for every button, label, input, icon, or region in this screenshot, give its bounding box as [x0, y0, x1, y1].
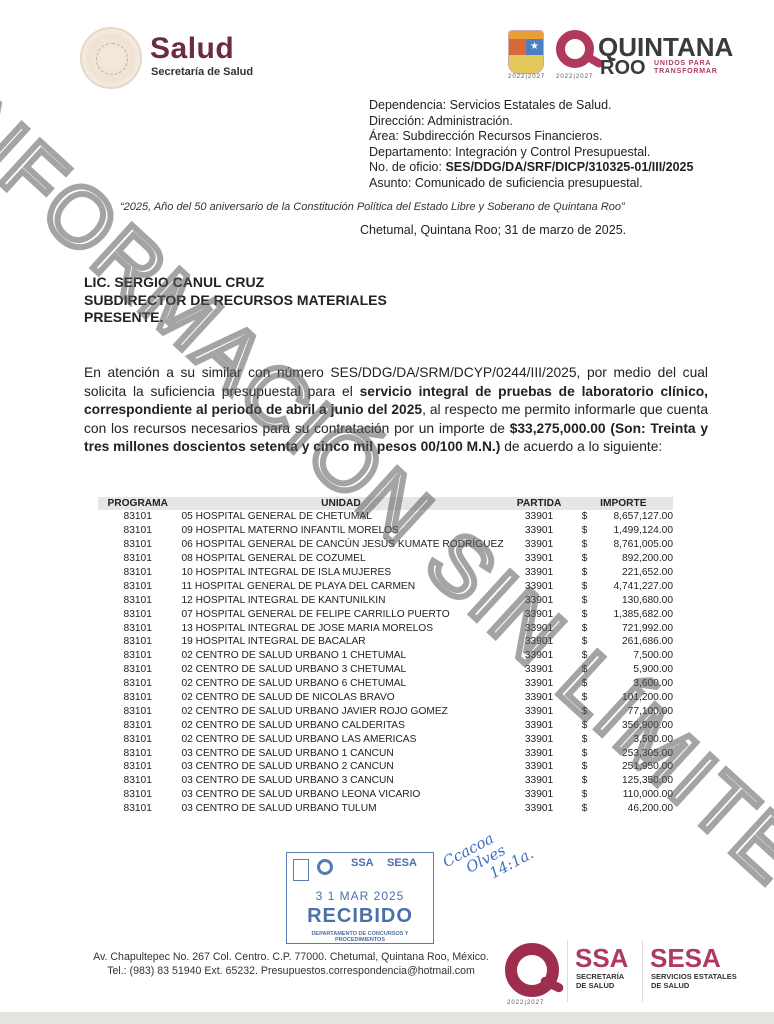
cell-programa: 83101 [98, 732, 177, 746]
footer-ssa-logo: SSA [575, 945, 628, 971]
table-row: 8310110 HOSPITAL INTEGRAL DE ISLA MUJERE… [98, 566, 673, 580]
oficio-number: SES/DDG/DA/SRF/DICP/310325-01/III/2025 [445, 160, 693, 174]
cell-partida: 33901 [504, 566, 573, 580]
header-unidad: UNIDAD [177, 497, 504, 510]
cell-partida: 33901 [504, 635, 573, 649]
cell-currency: $ [574, 566, 594, 580]
mexico-seal-logo [80, 27, 142, 89]
table-row: 8310105 HOSPITAL GENERAL DE CHETUMAL3390… [98, 510, 673, 524]
cell-importe: 8,657,127.00 [594, 510, 673, 524]
budget-table: PROGRAMA UNIDAD PARTIDA IMPORTE 8310105 … [98, 497, 673, 816]
cell-currency: $ [574, 774, 594, 788]
cell-programa: 83101 [98, 704, 177, 718]
cell-currency: $ [574, 649, 594, 663]
salud-logo-subtitle: Secretaría de Salud [151, 66, 253, 78]
table-row: 8310119 HOSPITAL INTEGRAL DE BACALAR3390… [98, 635, 673, 649]
cell-currency: $ [574, 788, 594, 802]
roo-brand-text: ROO [600, 58, 646, 78]
meta-dependencia: Dependencia: Servicios Estatales de Salu… [369, 98, 693, 114]
stamp-department: DEPARTAMENTO DE CONCURSOS Y PROCEDIMIENT… [287, 931, 433, 943]
cell-unidad: 09 HOSPITAL MATERNO INFANTIL MORELOS [177, 524, 504, 538]
cell-unidad: 02 CENTRO DE SALUD URBANO LAS AMERICAS [177, 732, 504, 746]
cell-importe: 261,686.00 [594, 635, 673, 649]
cell-programa: 83101 [98, 788, 177, 802]
meta-area: Área: Subdirección Recursos Financieros. [369, 129, 693, 145]
cell-unidad: 02 CENTRO DE SALUD URBANO 1 CHETUMAL [177, 649, 504, 663]
cell-programa: 83101 [98, 552, 177, 566]
cell-partida: 33901 [504, 621, 573, 635]
table-row: 8310102 CENTRO DE SALUD URBANO 1 CHETUMA… [98, 649, 673, 663]
cell-programa: 83101 [98, 760, 177, 774]
stamp-date: 3 1 MAR 2025 [287, 889, 433, 903]
table-row: 8310102 CENTRO DE SALUD URBANO 6 CHETUMA… [98, 677, 673, 691]
meta-direccion: Dirección: Administración. [369, 114, 693, 130]
cell-programa: 83101 [98, 718, 177, 732]
cell-importe: 8,761,005.00 [594, 538, 673, 552]
cell-programa: 83101 [98, 510, 177, 524]
table-row: 8310103 CENTRO DE SALUD URBANO 1 CANCUN3… [98, 746, 673, 760]
table-row: 8310112 HOSPITAL INTEGRAL DE KANTUNILKIN… [98, 593, 673, 607]
cell-partida: 33901 [504, 691, 573, 705]
cell-partida: 33901 [504, 788, 573, 802]
stamp-sesa: SESA [387, 857, 417, 869]
cell-importe: 110,000.00 [594, 788, 673, 802]
cell-programa: 83101 [98, 621, 177, 635]
cell-importe: 7,500.00 [594, 649, 673, 663]
cell-currency: $ [574, 635, 594, 649]
footer-divider [642, 940, 643, 1002]
brand-year: 2022|2027 [556, 74, 593, 80]
table-row: 8310113 HOSPITAL INTEGRAL DE JOSE MARIA … [98, 621, 673, 635]
cell-programa: 83101 [98, 774, 177, 788]
footer-sesa-subtitle: SERVICIOS ESTATALES DE SALUD [651, 972, 737, 990]
cell-programa: 83101 [98, 607, 177, 621]
cell-unidad: 02 CENTRO DE SALUD URBANO CALDERITAS [177, 718, 504, 732]
cell-unidad: 12 HOSPITAL INTEGRAL DE KANTUNILKIN [177, 593, 504, 607]
place-date: Chetumal, Quintana Roo; 31 de marzo de 2… [360, 223, 626, 237]
coat-year: 2022|2027 [508, 74, 545, 80]
meta-oficio: No. de oficio: SES/DDG/DA/SRF/DICP/31032… [369, 160, 693, 176]
table-row: 8310102 CENTRO DE SALUD URBANO CALDERITA… [98, 718, 673, 732]
cell-currency: $ [574, 552, 594, 566]
cell-programa: 83101 [98, 593, 177, 607]
cell-partida: 33901 [504, 579, 573, 593]
table-row: 8310108 HOSPITAL GENERAL DE COZUMEL33901… [98, 552, 673, 566]
scan-edge [0, 1012, 774, 1024]
cell-currency: $ [574, 593, 594, 607]
brand-slogan: UNIDOS PARA TRANSFORMAR [654, 60, 718, 76]
cell-currency: $ [574, 760, 594, 774]
cell-programa: 83101 [98, 677, 177, 691]
cell-partida: 33901 [504, 732, 573, 746]
cell-unidad: 02 CENTRO DE SALUD URBANO 3 CHETUMAL [177, 663, 504, 677]
addressee-block: LIC. SERGIO CANUL CRUZ SUBDIRECTOR DE RE… [84, 274, 387, 327]
cell-importe: 1,385,682.00 [594, 607, 673, 621]
stamp-coat-icon [293, 859, 309, 881]
cell-programa: 83101 [98, 649, 177, 663]
cell-partida: 33901 [504, 746, 573, 760]
cell-unidad: 19 HOSPITAL INTEGRAL DE BACALAR [177, 635, 504, 649]
cell-programa: 83101 [98, 524, 177, 538]
cell-programa: 83101 [98, 746, 177, 760]
cell-importe: 356,900.00 [594, 718, 673, 732]
stamp-ssa: SSA [351, 857, 374, 869]
table-header-row: PROGRAMA UNIDAD PARTIDA IMPORTE [98, 497, 673, 510]
cell-partida: 33901 [504, 677, 573, 691]
cell-currency: $ [574, 663, 594, 677]
cell-programa: 83101 [98, 802, 177, 816]
cell-programa: 83101 [98, 538, 177, 552]
cell-unidad: 03 CENTRO DE SALUD URBANO LEONA VICARIO [177, 788, 504, 802]
cell-currency: $ [574, 704, 594, 718]
footer-q-year: 2022|2027 [507, 1000, 544, 1006]
table-row: 8310102 CENTRO DE SALUD DE NICOLAS BRAVO… [98, 691, 673, 705]
addressee-position: SUBDIRECTOR DE RECURSOS MATERIALES [84, 292, 387, 310]
footer-ssa-subtitle: SECRETARÍA DE SALUD [576, 972, 624, 990]
cell-unidad: 02 CENTRO DE SALUD DE NICOLAS BRAVO [177, 691, 504, 705]
table-row: 8310103 CENTRO DE SALUD URBANO 3 CANCUN3… [98, 774, 673, 788]
cell-partida: 33901 [504, 649, 573, 663]
cell-importe: 5,900.00 [594, 663, 673, 677]
cell-unidad: 03 CENTRO DE SALUD URBANO TULUM [177, 802, 504, 816]
footer-divider [567, 940, 568, 1002]
cell-programa: 83101 [98, 663, 177, 677]
addressee-greeting: PRESENTE. [84, 309, 387, 327]
year-motto: “2025, Año del 50 aniversario de la Cons… [120, 201, 625, 213]
header-programa: PROGRAMA [98, 497, 177, 510]
cell-partida: 33901 [504, 607, 573, 621]
cell-currency: $ [574, 510, 594, 524]
cell-importe: 46,200.00 [594, 802, 673, 816]
cell-currency: $ [574, 538, 594, 552]
salud-logo-title: Salud [150, 34, 234, 64]
cell-partida: 33901 [504, 774, 573, 788]
footer-sesa-logo: SESA [650, 945, 721, 971]
cell-currency: $ [574, 621, 594, 635]
cell-unidad: 03 CENTRO DE SALUD URBANO 2 CANCUN [177, 760, 504, 774]
cell-currency: $ [574, 677, 594, 691]
cell-currency: $ [574, 607, 594, 621]
table-row: 8310103 CENTRO DE SALUD URBANO LEONA VIC… [98, 788, 673, 802]
meta-asunto: Asunto: Comunicado de suficiencia presup… [369, 176, 693, 192]
cell-unidad: 11 HOSPITAL GENERAL DE PLAYA DEL CARMEN [177, 579, 504, 593]
cell-importe: 77,100.00 [594, 704, 673, 718]
cell-partida: 33901 [504, 718, 573, 732]
cell-partida: 33901 [504, 593, 573, 607]
table-row: 8310102 CENTRO DE SALUD URBANO JAVIER RO… [98, 704, 673, 718]
cell-importe: 3,600.00 [594, 677, 673, 691]
cell-currency: $ [574, 732, 594, 746]
addressee-name: LIC. SERGIO CANUL CRUZ [84, 274, 387, 292]
table-row: 8310106 HOSPITAL GENERAL DE CANCÚN JESÚS… [98, 538, 673, 552]
cell-importe: 251,950.00 [594, 760, 673, 774]
cell-unidad: 02 CENTRO DE SALUD URBANO JAVIER ROJO GO… [177, 704, 504, 718]
stamp-status: RECIBIDO [287, 905, 433, 928]
cell-currency: $ [574, 802, 594, 816]
cell-unidad: 08 HOSPITAL GENERAL DE COZUMEL [177, 552, 504, 566]
table-row: 8310103 CENTRO DE SALUD URBANO 2 CANCUN3… [98, 760, 673, 774]
body-paragraph: En atención a su similar con número SES/… [84, 364, 708, 457]
cell-programa: 83101 [98, 635, 177, 649]
table-row: 8310102 CENTRO DE SALUD URBANO 3 CHETUMA… [98, 663, 673, 677]
cell-currency: $ [574, 691, 594, 705]
cell-partida: 33901 [504, 760, 573, 774]
cell-currency: $ [574, 718, 594, 732]
cell-partida: 33901 [504, 538, 573, 552]
cell-partida: 33901 [504, 552, 573, 566]
table-row: 8310102 CENTRO DE SALUD URBANO LAS AMERI… [98, 732, 673, 746]
letter-meta-block: Dependencia: Servicios Estatales de Salu… [369, 98, 693, 191]
cell-importe: 101,200.00 [594, 691, 673, 705]
cell-unidad: 03 CENTRO DE SALUD URBANO 3 CANCUN [177, 774, 504, 788]
cell-importe: 130,680.00 [594, 593, 673, 607]
cell-importe: 892,200.00 [594, 552, 673, 566]
meta-departamento: Departamento: Integración y Control Pres… [369, 145, 693, 161]
cell-unidad: 10 HOSPITAL INTEGRAL DE ISLA MUJERES [177, 566, 504, 580]
cell-unidad: 05 HOSPITAL GENERAL DE CHETUMAL [177, 510, 504, 524]
cell-programa: 83101 [98, 566, 177, 580]
footer-address: Av. Chapultepec No. 267 Col. Centro. C.P… [78, 951, 504, 978]
cell-importe: 125,350.00 [594, 774, 673, 788]
cell-importe: 1,499,124.00 [594, 524, 673, 538]
cell-unidad: 02 CENTRO DE SALUD URBANO 6 CHETUMAL [177, 677, 504, 691]
cell-currency: $ [574, 746, 594, 760]
stamp-q-icon [317, 859, 333, 875]
cell-unidad: 06 HOSPITAL GENERAL DE CANCÚN JESÚS KUMA… [177, 538, 504, 552]
cell-importe: 3,500.00 [594, 732, 673, 746]
header-partida: PARTIDA [504, 497, 573, 510]
cell-currency: $ [574, 524, 594, 538]
cell-partida: 33901 [504, 524, 573, 538]
header-importe: IMPORTE [574, 497, 673, 510]
cell-importe: 721,992.00 [594, 621, 673, 635]
received-stamp: SSA SESA 3 1 MAR 2025 RECIBIDO DEPARTAME… [286, 852, 434, 944]
cell-importe: 4,741,227.00 [594, 579, 673, 593]
cell-unidad: 13 HOSPITAL INTEGRAL DE JOSE MARIA MOREL… [177, 621, 504, 635]
table-row: 8310103 CENTRO DE SALUD URBANO TULUM3390… [98, 802, 673, 816]
cell-unidad: 07 HOSPITAL GENERAL DE FELIPE CARRILLO P… [177, 607, 504, 621]
cell-partida: 33901 [504, 663, 573, 677]
cell-programa: 83101 [98, 579, 177, 593]
cell-unidad: 03 CENTRO DE SALUD URBANO 1 CANCUN [177, 746, 504, 760]
cell-importe: 221,652.00 [594, 566, 673, 580]
cell-partida: 33901 [504, 510, 573, 524]
quintana-roo-coat-of-arms-icon: ★ [508, 30, 544, 74]
table-row: 8310111 HOSPITAL GENERAL DE PLAYA DEL CA… [98, 579, 673, 593]
cell-importe: 253,305.00 [594, 746, 673, 760]
table-row: 8310109 HOSPITAL MATERNO INFANTIL MORELO… [98, 524, 673, 538]
cell-programa: 83101 [98, 691, 177, 705]
cell-currency: $ [574, 579, 594, 593]
table-row: 8310107 HOSPITAL GENERAL DE FELIPE CARRI… [98, 607, 673, 621]
cell-partida: 33901 [504, 704, 573, 718]
